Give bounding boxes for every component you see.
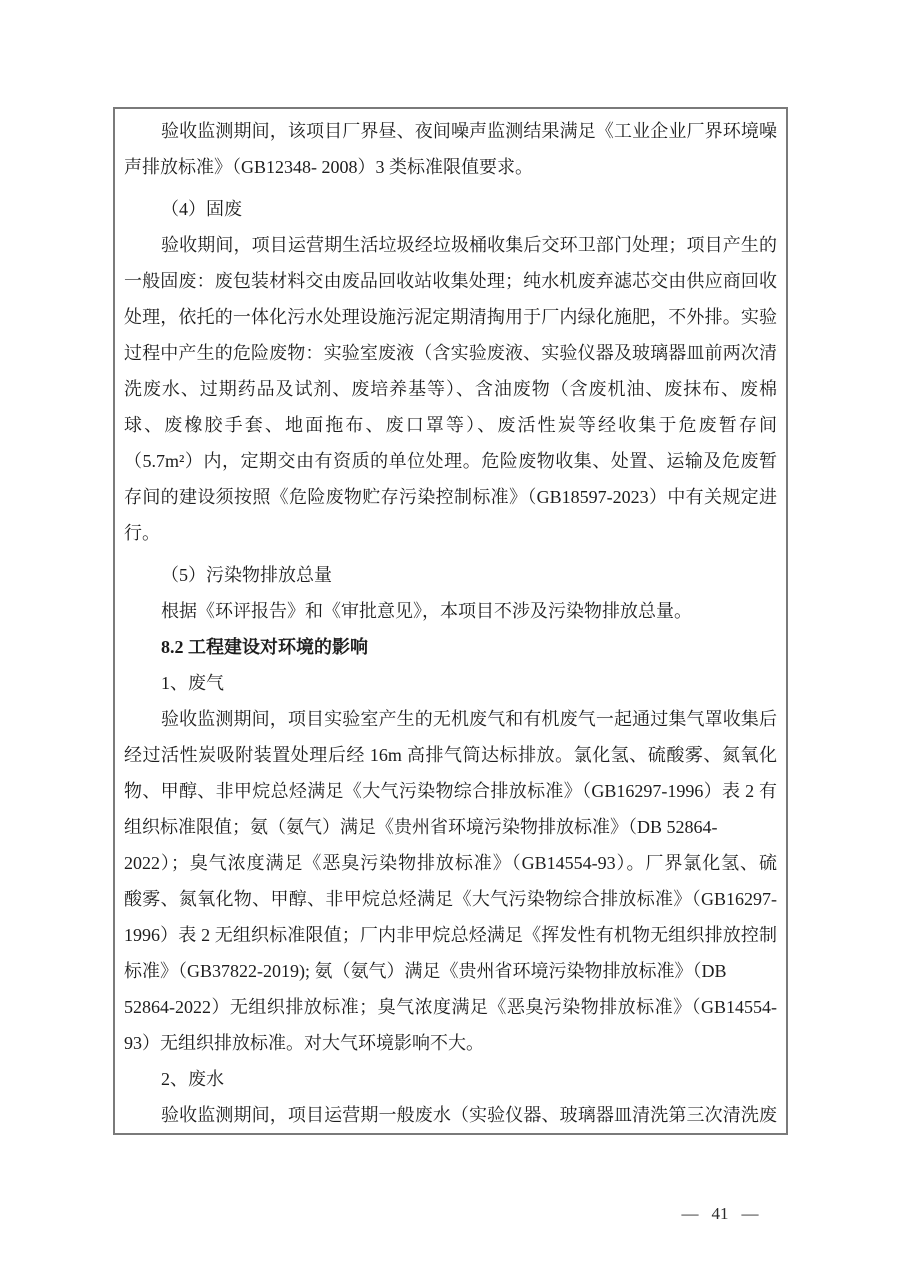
footer-dash-left: — xyxy=(682,1204,699,1224)
text-line: 球、废橡胶手套、地面拖布、废口罩等）、废活性炭等经收集于危废暂存间 xyxy=(124,407,777,443)
text-line: 93）无组织排放标准。对大气环境影响不大。 xyxy=(124,1025,777,1061)
document-page: 验收监测期间，该项目厂界昼、夜间噪声监测结果满足《工业企业厂界环境噪声排放标准》… xyxy=(0,0,900,1273)
text-line: 验收监测期间，该项目厂界昼、夜间噪声监测结果满足《工业企业厂界环境噪 xyxy=(124,113,777,149)
text-line: （4）固废 xyxy=(124,191,777,227)
text-line: 经过活性炭吸附装置处理后经 16m 高排气筒达标排放。氯化氢、硫酸雾、氮氧化 xyxy=(124,737,777,773)
page-number: 41 xyxy=(712,1204,729,1224)
text-line: 一般固废：废包装材料交由废品回收站收集处理；纯水机废弃滤芯交由供应商回收 xyxy=(124,263,777,299)
text-line: 声排放标准》（GB12348- 2008）3 类标准限值要求。 xyxy=(124,149,777,185)
text-line: 酸雾、氮氧化物、甲醇、非甲烷总烃满足《大气污染物综合排放标准》（GB16297- xyxy=(124,881,777,917)
text-line: 行。 xyxy=(124,515,777,551)
text-line: 2022）；臭气浓度满足《恶臭污染物排放标准》（GB14554-93）。厂界氯化… xyxy=(124,845,777,881)
text-line: （5.7m²）内，定期交由有资质的单位处理。危险废物收集、处置、运输及危废暂 xyxy=(124,443,777,479)
text-line: 验收期间，项目运营期生活垃圾经垃圾桶收集后交环卫部门处理；项目产生的 xyxy=(124,227,777,263)
text-line: 存间的建设须按照《危险废物贮存污染控制标准》（GB18597-2023）中有关规… xyxy=(124,479,777,515)
text-line: 1996）表 2 无组织标准限值；厂内非甲烷总烃满足《挥发性有机物无组织排放控制 xyxy=(124,917,777,953)
text-line: 52864-2022）无组织排放标准；臭气浓度满足《恶臭污染物排放标准》（GB1… xyxy=(124,989,777,1025)
text-line: 过程中产生的危险废物：实验室废液（含实验废液、实验仪器及玻璃器皿前两次清 xyxy=(124,335,777,371)
text-line: 组织标准限值；氨（氨气）满足《贵州省环境污染物排放标准》（DB 52864- xyxy=(124,809,777,845)
text-line: 洗废水、过期药品及试剂、废培养基等）、含油废物（含废机油、废抹布、废棉 xyxy=(124,371,777,407)
text-line: 2、废水 xyxy=(124,1061,777,1097)
text-line: 验收监测期间，项目实验室产生的无机废气和有机废气一起通过集气罩收集后 xyxy=(124,701,777,737)
text-line: 根据《环评报告》和《审批意见》，本项目不涉及污染物排放总量。 xyxy=(124,593,777,629)
text-line: 验收监测期间，项目运营期一般废水（实验仪器、玻璃器皿清洗第三次清洗废 xyxy=(124,1097,777,1133)
text-line: 物、甲醇、非甲烷总烃满足《大气污染物综合排放标准》（GB16297-1996）表… xyxy=(124,773,777,809)
text-line: 1、废气 xyxy=(124,665,777,701)
section-heading: 8.2 工程建设对环境的影响 xyxy=(124,629,777,665)
content-border-box: 验收监测期间，该项目厂界昼、夜间噪声监测结果满足《工业企业厂界环境噪声排放标准》… xyxy=(113,107,788,1135)
footer-dash-right: — xyxy=(742,1204,759,1224)
text-line: 处理，依托的一体化污水处理设施污泥定期清掏用于厂内绿化施肥，不外排。实验 xyxy=(124,299,777,335)
text-line: （5）污染物排放总量 xyxy=(124,557,777,593)
text-line: 标准》（GB37822-2019); 氨（氨气）满足《贵州省环境污染物排放标准》… xyxy=(124,953,777,989)
page-footer: — 41 — xyxy=(650,1201,790,1227)
